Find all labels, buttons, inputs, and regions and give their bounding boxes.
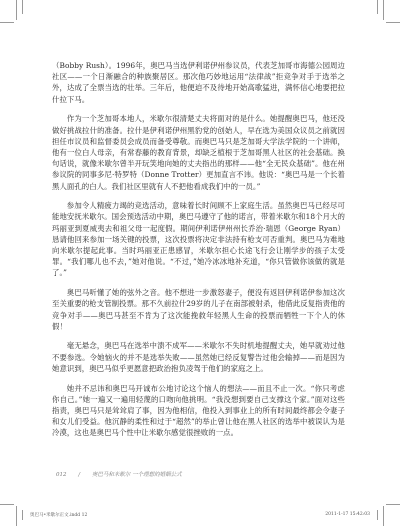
slug-timestamp: 2011-1-17 15:42:03	[325, 512, 370, 517]
crop-mark-bottom-left-v	[16, 506, 17, 526]
crop-mark-bottom-right-v2	[377, 510, 378, 520]
paragraph-1: （Bobby Rush）。1996年，奥巴马当选伊利诺伊州参议员，代表芝加哥市海…	[52, 60, 345, 105]
crop-mark-bottom-right-h	[386, 504, 400, 505]
crop-mark-top-right-v	[377, 0, 378, 14]
crop-mark-top-left-h	[0, 22, 14, 23]
paragraph-6: 她并不忌讳和奥巴马开诚布公地讨论这个恼人的想法——而且不止一次。“你只考虑你自己…	[52, 383, 345, 439]
crop-mark-bottom-left-v2	[22, 510, 23, 520]
crop-mark-top-left-v	[22, 0, 23, 14]
crop-mark-top-right-v2	[383, 0, 384, 20]
paragraph-5: 毫无悬念，奥巴马在选举中溃不成军——米歇尔不失时机地提醒丈夫，她早就劝过他不要参…	[52, 340, 345, 374]
crop-mark-bottom-left-h	[0, 504, 14, 505]
crop-mark-top-left-v2	[16, 0, 17, 20]
footer-separator: /	[78, 472, 80, 478]
paragraph-4: 奥巴马听懂了她的弦外之音。他不想进一步激怒妻子，便没有返回伊利诺伊参加这次至关重…	[52, 287, 345, 332]
paragraph-2: 作为一个芝加哥本地人，米歇尔很清楚丈夫将面对的是什么。她提醒奥巴马，他还没做好挑…	[52, 113, 345, 191]
page-number: 012	[56, 472, 67, 478]
crop-mark-top-right-h	[386, 22, 400, 23]
paragraph-3: 参加令人精疲力竭的竞选活动，意味着长时间顾不上家庭生活。虽然奥巴马已经尽可能地安…	[52, 200, 345, 278]
book-title: 奥巴马和米歇尔 一个理想的婚姻公式	[92, 470, 182, 478]
page-footer: 012 / 奥巴马和米歇尔 一个理想的婚姻公式	[56, 470, 182, 478]
slug-file-name: 奥巴马•米歇尔正文.indd 12	[30, 512, 87, 518]
crop-mark-bottom-right-v	[383, 506, 384, 526]
page-body: （Bobby Rush）。1996年，奥巴马当选伊利诺伊州参议员，代表芝加哥市海…	[52, 60, 345, 447]
